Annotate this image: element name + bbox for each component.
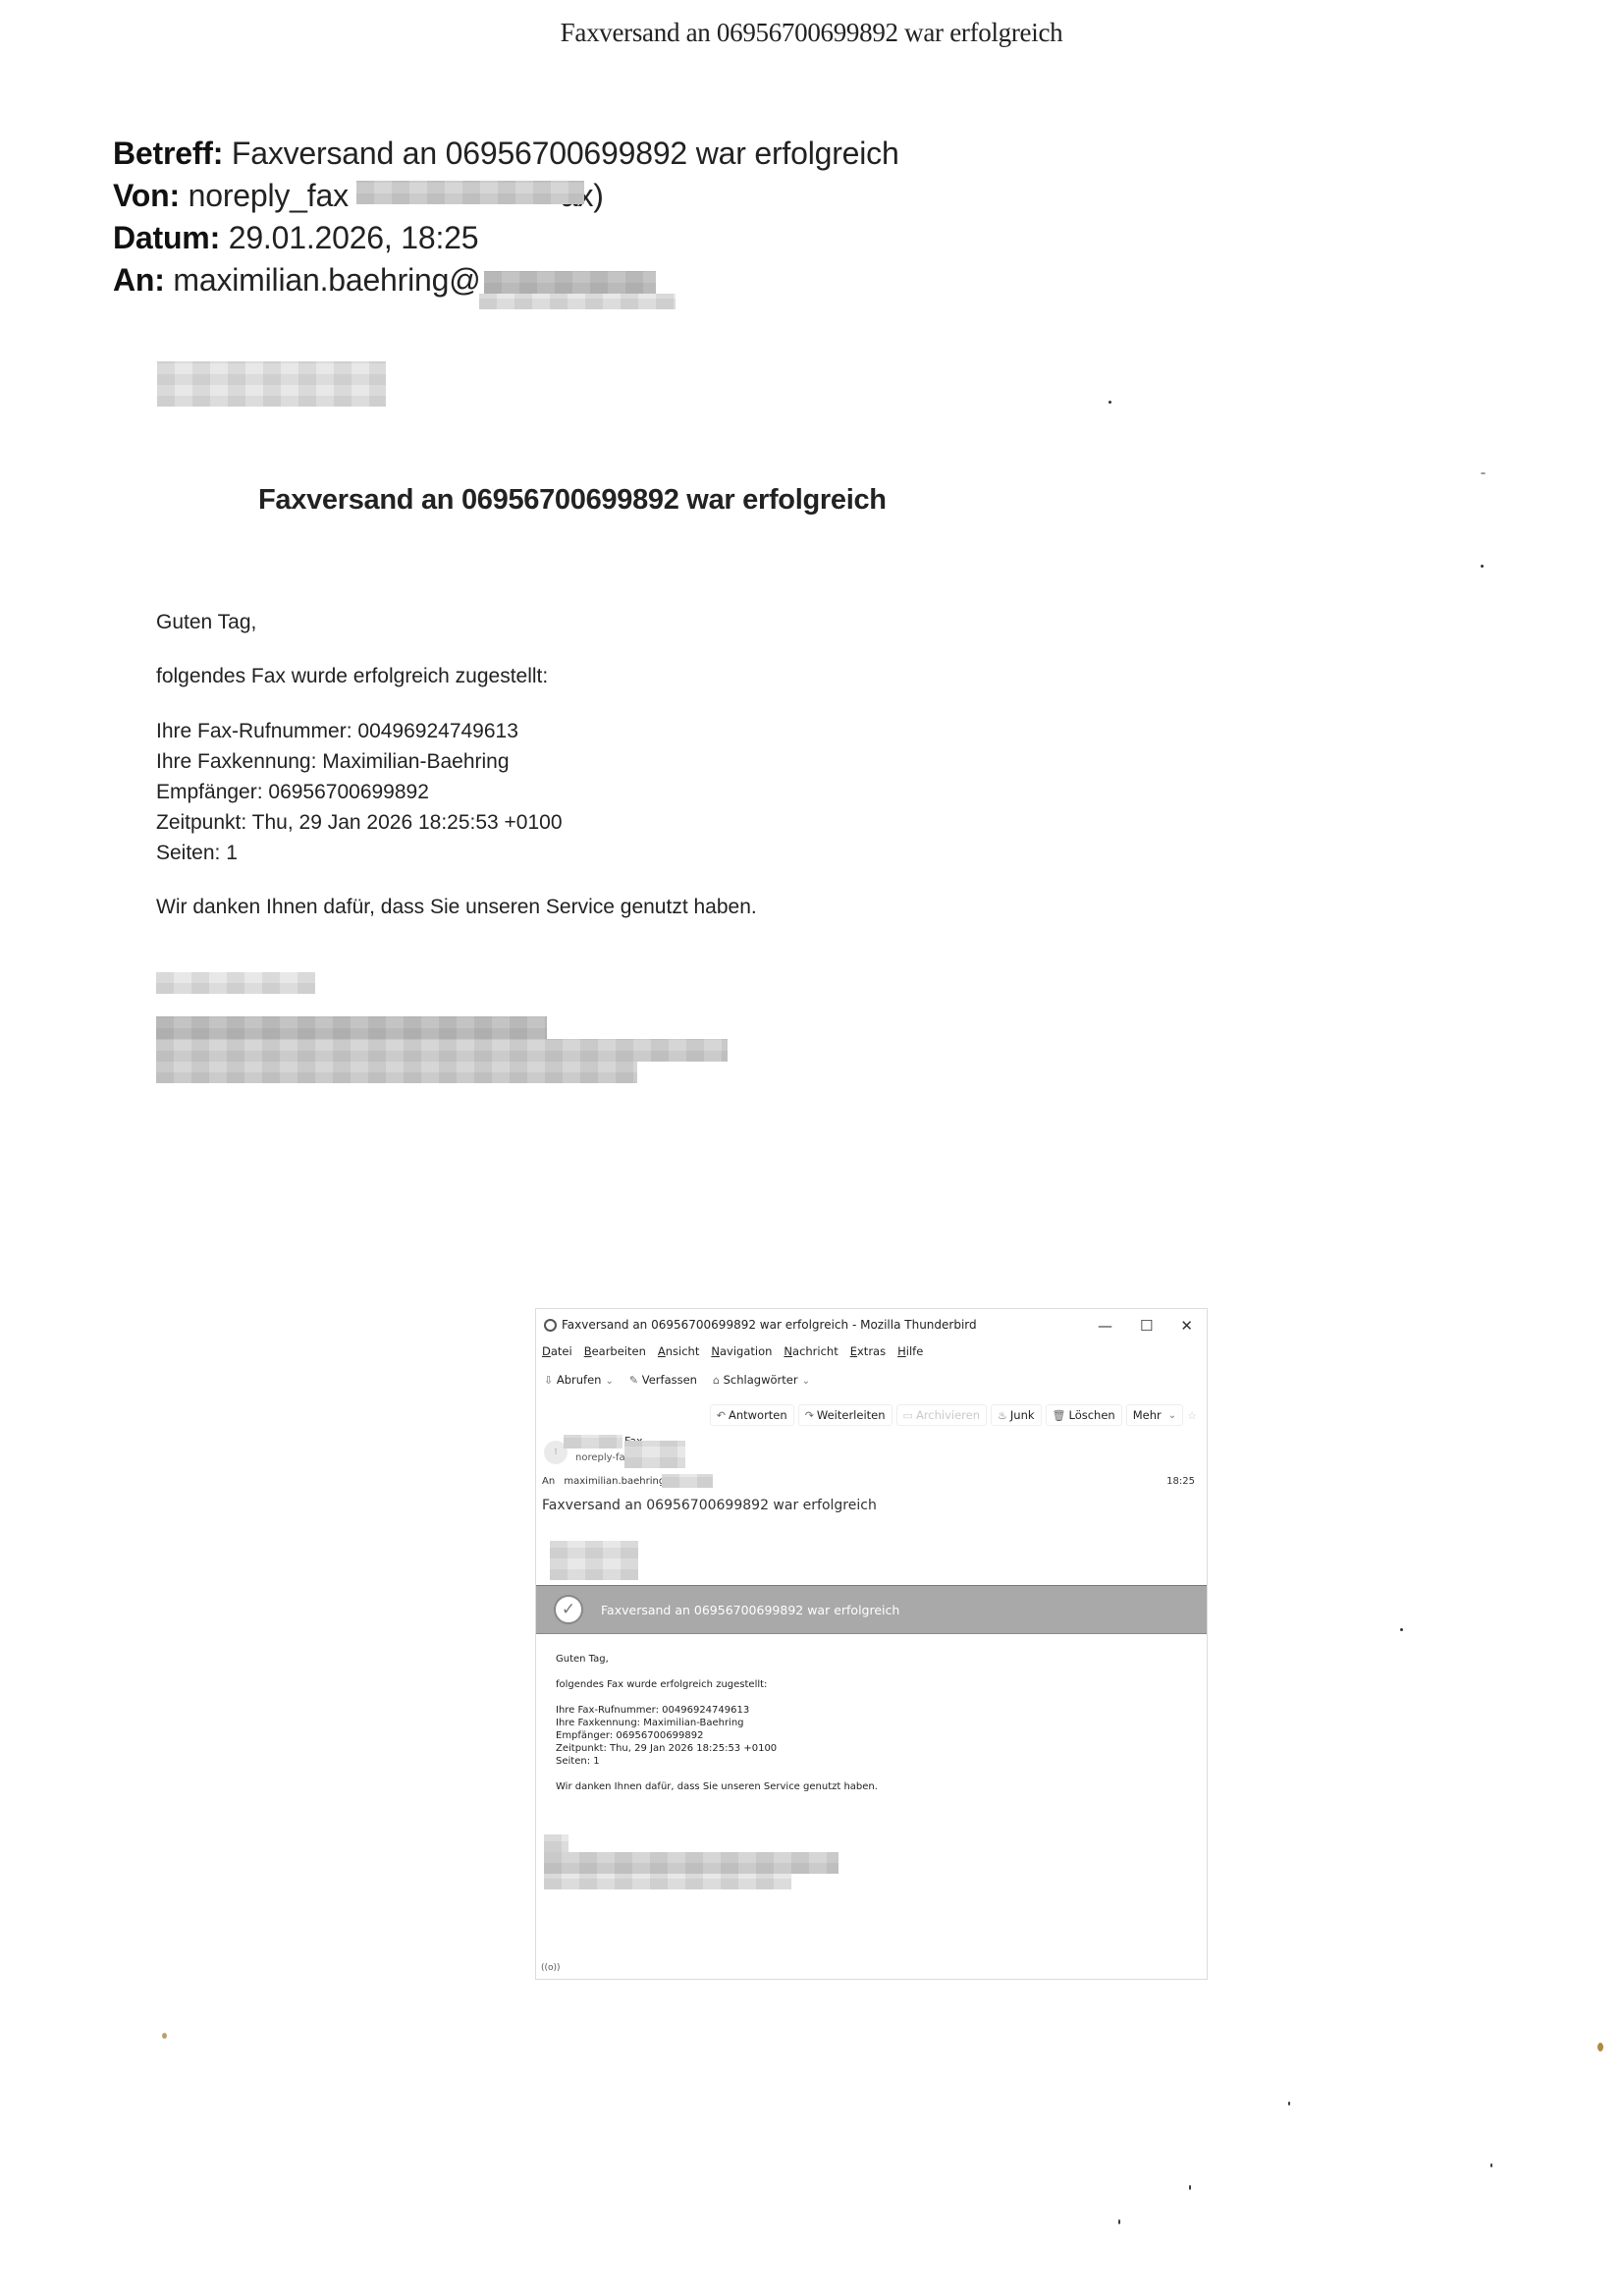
delete-button[interactable]: 🗑Löschen <box>1046 1404 1122 1426</box>
forward-button[interactable]: ↷Weiterleiten <box>798 1404 893 1426</box>
scan-speck <box>1481 565 1484 568</box>
menu-datei[interactable]: Datei <box>542 1344 572 1358</box>
archive-button[interactable]: ▭Archivieren <box>896 1404 987 1426</box>
message-body: Guten Tag, folgendes Fax wurde erfolgrei… <box>556 1653 878 1793</box>
star-icon[interactable]: ☆ <box>1187 1409 1197 1422</box>
menu-bearbeiten[interactable]: Bearbeiten <box>584 1344 646 1358</box>
date-label: Datum: <box>113 220 220 255</box>
junk-button[interactable]: ♨Junk <box>991 1404 1042 1426</box>
tags-button[interactable]: ⌂ Schlagwörter⌄ <box>713 1373 810 1387</box>
subject-value: Faxversand an 06956700699892 war erfolgr… <box>232 136 899 171</box>
scan-speck <box>1597 2043 1603 2051</box>
thunderbird-logo-icon <box>544 1319 557 1332</box>
get-messages-label: Abrufen <box>557 1373 602 1387</box>
signature-blurred <box>156 1039 728 1062</box>
activity-icon: ((o)) <box>541 1963 561 1973</box>
thanks-text: Wir danken Ihnen dafür, dass Sie unseren… <box>156 896 757 919</box>
flame-icon: ♨ <box>998 1409 1007 1422</box>
mail-heading: Faxversand an 06956700699892 war erfolgr… <box>258 484 887 517</box>
detail-timestamp: Zeitpunkt: Thu, 29 Jan 2026 18:25:53 +01… <box>156 811 563 835</box>
pencil-icon: ✎ <box>629 1374 638 1387</box>
menu-extras[interactable]: Extras <box>850 1344 886 1358</box>
chevron-down-icon[interactable]: ⌄ <box>605 1376 613 1387</box>
scan-speck <box>1118 2219 1120 2224</box>
detail-recipient: Empfänger: 06956700699892 <box>556 1729 878 1742</box>
close-icon[interactable]: ✕ <box>1180 1317 1193 1335</box>
detail-recipient: Empfänger: 06956700699892 <box>156 781 429 804</box>
signature-blurred <box>156 972 315 994</box>
redaction-blur <box>564 1435 622 1449</box>
recipient-row: An maximilian.baehring@ 18:25 <box>536 1476 1207 1494</box>
get-messages-button[interactable]: ⇩ Abrufen⌄ <box>544 1373 614 1387</box>
scan-speck <box>1400 1628 1403 1631</box>
checkmark-icon: ✓ <box>554 1595 583 1624</box>
intro-text: folgendes Fax wurde erfolgreich zugestel… <box>556 1678 878 1691</box>
trash-icon: 🗑 <box>1053 1409 1066 1422</box>
download-icon: ⇩ <box>544 1374 553 1387</box>
subject-label: Betreff: <box>113 136 223 171</box>
to-label: An <box>542 1476 555 1487</box>
scan-speck <box>1189 2185 1191 2190</box>
scan-speck <box>1109 401 1111 404</box>
signature-blurred <box>544 1874 791 1889</box>
maximize-icon[interactable]: ☐ <box>1140 1317 1153 1335</box>
scan-speck <box>162 2033 167 2039</box>
compose-label: Verfassen <box>642 1373 697 1387</box>
window-title: Faxversand an 06956700699892 war erfolgr… <box>562 1318 977 1332</box>
menu-navigation[interactable]: Navigation <box>711 1344 772 1358</box>
from-value-start: noreply_fax <box>189 178 349 213</box>
chevron-down-icon: ⌄ <box>802 1376 810 1387</box>
delete-label: Löschen <box>1069 1408 1115 1422</box>
detail-fax-number: Ihre Fax-Rufnummer: 00496924749613 <box>156 720 518 743</box>
to-label: An: <box>113 262 165 298</box>
compose-button[interactable]: ✎ Verfassen <box>629 1373 697 1387</box>
archive-icon: ▭ <box>903 1409 913 1422</box>
thanks-text: Wir danken Ihnen dafür, dass Sie unseren… <box>556 1780 878 1793</box>
signature-blurred <box>544 1834 568 1852</box>
to-value: maximilian.baehring@ <box>173 262 480 298</box>
signature-blurred <box>156 1062 637 1083</box>
print-page-title: Faxversand an 06956700699892 war erfolgr… <box>0 18 1623 48</box>
message-actions: ↶Antworten ↷Weiterleiten ▭Archivieren ♨J… <box>536 1403 1207 1427</box>
redaction-blur <box>624 1441 685 1468</box>
banner-text: Faxversand an 06956700699892 war erfolgr… <box>601 1603 899 1617</box>
menu-nachricht[interactable]: Nachricht <box>784 1344 838 1358</box>
forward-icon: ↷ <box>805 1409 814 1422</box>
detail-pages: Seiten: 1 <box>556 1755 878 1768</box>
minimize-icon[interactable]: — <box>1098 1317 1112 1335</box>
from-label: Von: <box>113 178 180 213</box>
sender-info: ⁝ Fax noreply-fax@e <box>536 1431 1207 1474</box>
reply-icon: ↶ <box>717 1409 726 1422</box>
tags-label: Schlagwörter <box>724 1373 798 1387</box>
greeting: Guten Tag, <box>556 1653 878 1666</box>
archive-label: Archivieren <box>916 1408 980 1422</box>
menu-hilfe[interactable]: Hilfe <box>897 1344 923 1358</box>
reply-label: Antworten <box>729 1408 787 1422</box>
tag-icon: ⌂ <box>713 1374 720 1387</box>
detail-fax-id: Ihre Faxkennung: Maximilian-Baehring <box>156 750 510 774</box>
redaction-blur <box>484 271 656 294</box>
redaction-blur <box>479 294 676 309</box>
detail-fax-number: Ihre Fax-Rufnummer: 00496924749613 <box>556 1704 878 1717</box>
main-toolbar: ⇩ Abrufen⌄ ✎ Verfassen ⌂ Schlagwörter⌄ <box>536 1370 1207 1390</box>
message-subject: Faxversand an 06956700699892 war erfolgr… <box>536 1498 1207 1519</box>
detail-timestamp: Zeitpunkt: Thu, 29 Jan 2026 18:25:53 +01… <box>556 1742 878 1755</box>
thunderbird-screenshot: Faxversand an 06956700699892 war erfolgr… <box>535 1308 1208 1980</box>
scan-speck <box>1481 472 1486 474</box>
to-line: An: maximilian.baehring@ <box>113 262 481 299</box>
more-label: Mehr <box>1133 1408 1162 1422</box>
detail-pages: Seiten: 1 <box>156 842 238 865</box>
signature-blurred <box>544 1852 839 1874</box>
date-line: Datum: 29.01.2026, 18:25 <box>113 220 478 256</box>
chevron-down-icon: ⌄ <box>1168 1410 1176 1421</box>
reply-button[interactable]: ↶Antworten <box>710 1404 794 1426</box>
greeting: Guten Tag, <box>156 611 256 634</box>
signature-blurred <box>156 1016 547 1039</box>
success-banner: ✓ Faxversand an 06956700699892 war erfol… <box>536 1585 1207 1634</box>
date-value: 29.01.2026, 18:25 <box>229 220 479 255</box>
junk-label: Junk <box>1010 1408 1035 1422</box>
scan-speck <box>1490 2163 1492 2167</box>
menu-ansicht[interactable]: Ansicht <box>658 1344 699 1358</box>
sender-logo-blurred <box>157 361 386 407</box>
subject-line: Betreff: Faxversand an 06956700699892 wa… <box>113 136 899 172</box>
scan-speck <box>1288 2102 1290 2105</box>
window-titlebar: Faxversand an 06956700699892 war erfolgr… <box>536 1315 1207 1335</box>
sender-logo-blurred <box>550 1541 638 1580</box>
menu-bar: Datei Bearbeiten Ansicht Navigation Nach… <box>536 1342 1207 1360</box>
to-value[interactable]: maximilian.baehring@ <box>564 1476 675 1487</box>
detail-fax-id: Ihre Faxkennung: Maximilian-Baehring <box>556 1717 878 1729</box>
intro-text: folgendes Fax wurde erfolgreich zugestel… <box>156 665 548 688</box>
redaction-blur <box>662 1474 713 1488</box>
forward-label: Weiterleiten <box>817 1408 886 1422</box>
more-button[interactable]: Mehr⌄ <box>1126 1404 1183 1426</box>
redaction-blur <box>356 181 584 204</box>
message-time: 18:25 <box>1166 1476 1195 1487</box>
